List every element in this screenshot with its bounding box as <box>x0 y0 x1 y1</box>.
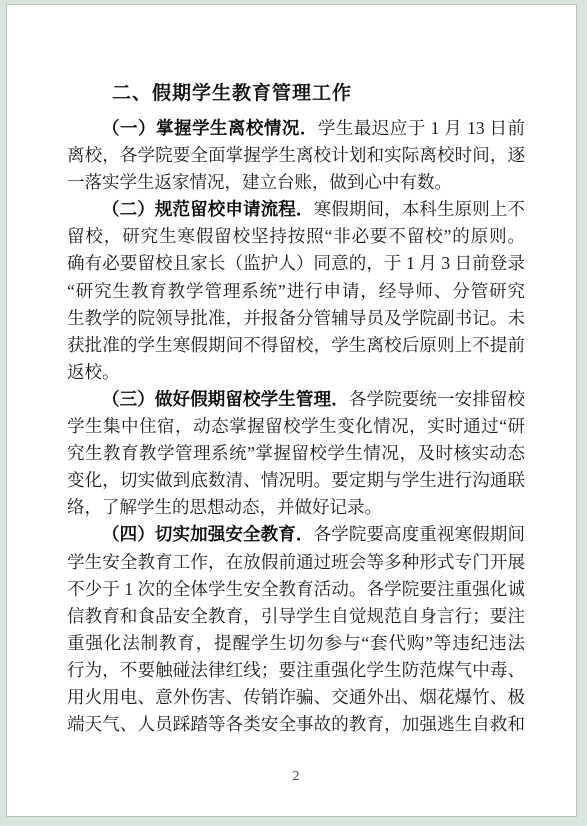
text-line: 究生教育教学管理系统”掌握留校学生情况，及时核实动态 <box>67 440 525 467</box>
text-line: 不少于 1 次的全体学生安全教育活动。各学院要注重强化诚 <box>67 576 525 603</box>
text-line: 留校，研究生寒假留校坚持按照“非必要不留校”的原则。 <box>67 223 525 250</box>
text-line: （二）规范留校申请流程．寒假期间，本科生原则上不 <box>67 196 525 223</box>
text-line: （四）切实加强安全教育．各学院要高度重视寒假期间 <box>67 521 525 548</box>
section-heading: 二、假期学生教育管理工作 <box>112 79 525 109</box>
paragraph-lead-rest: 各学院要统一安排留校 <box>349 389 525 409</box>
text-line: 络，了解学生的思想动态，并做好记录。 <box>67 494 525 521</box>
document-viewport: { "document": { "section_heading": "二、假期… <box>0 0 587 826</box>
text-line: 用火用电、意外伤害、传销诈骗、交通外出、烟花爆竹、极 <box>67 684 525 711</box>
paragraph-lead-bold: （四）切实加强安全教育． <box>102 524 314 544</box>
text-line: 学生集中住宿，动态掌握留校学生变化情况，实时通过“研 <box>67 413 525 440</box>
paragraph-lead-bold: （二）规范留校申请流程． <box>102 199 314 219</box>
text-line: 学生安全教育工作，在放假前通过班会等多种形式专门开展 <box>67 549 525 576</box>
text-line: 获批准的学生寒假期间不得留校，学生离校后原则上不提前 <box>67 332 525 359</box>
text-line: 一落实学生返家情况，建立台账，做到心中有数。 <box>67 169 525 196</box>
text-line: “研究生教育教学管理系统”进行申请，经导师、分管研究 <box>67 278 525 305</box>
paragraph-lead-bold: （三）做好假期留校学生管理． <box>102 389 349 409</box>
text-line: 离校，各学院要全面掌握学生离校计划和实际离校时间，逐 <box>67 142 525 169</box>
text-line: 变化，切实做到底数清、情况明。要定期与学生进行沟通联 <box>67 467 525 494</box>
page-content: 二、假期学生教育管理工作 （一）掌握学生离校情况．学生最迟应于 1 月 13 日… <box>67 79 525 785</box>
text-line: 重强化法制教育，提醒学生切勿参与“套代购”等违纪违法 <box>67 630 525 657</box>
text-line: 生教学的院领导批准，并报备分管辅导员及学院副书记。未 <box>67 305 525 332</box>
text-line: 端天气、人员踩踏等各类安全事故的教育，加强逃生自救和 <box>67 711 525 738</box>
text-line: 行为，不要触碰法律红线；要注重强化学生防范煤气中毒、 <box>67 657 525 684</box>
body-text: （一）掌握学生离校情况．学生最迟应于 1 月 13 日前离校，各学院要全面掌握学… <box>67 115 525 738</box>
paragraph-lead-bold: （一）掌握学生离校情况． <box>102 118 318 138</box>
document-page: 二、假期学生教育管理工作 （一）掌握学生离校情况．学生最迟应于 1 月 13 日… <box>6 4 577 817</box>
text-line: 信教育和食品安全教育，引导学生自觉规范自身言行；要注 <box>67 603 525 630</box>
text-line: （一）掌握学生离校情况．学生最迟应于 1 月 13 日前 <box>67 115 525 142</box>
paragraph-lead-rest: 学生最迟应于 1 月 13 日前 <box>318 118 525 138</box>
text-line: 确有必要留校且家长（监护人）同意的，于 1 月 3 日前登录 <box>67 250 525 277</box>
text-line: （三）做好假期留校学生管理．各学院要统一安排留校 <box>67 386 525 413</box>
page-number: 2 <box>67 769 525 785</box>
text-line: 返校。 <box>67 359 525 386</box>
paragraph-lead-rest: 各学院要高度重视寒假期间 <box>314 524 525 544</box>
paragraph-lead-rest: 寒假期间，本科生原则上不 <box>314 199 525 219</box>
